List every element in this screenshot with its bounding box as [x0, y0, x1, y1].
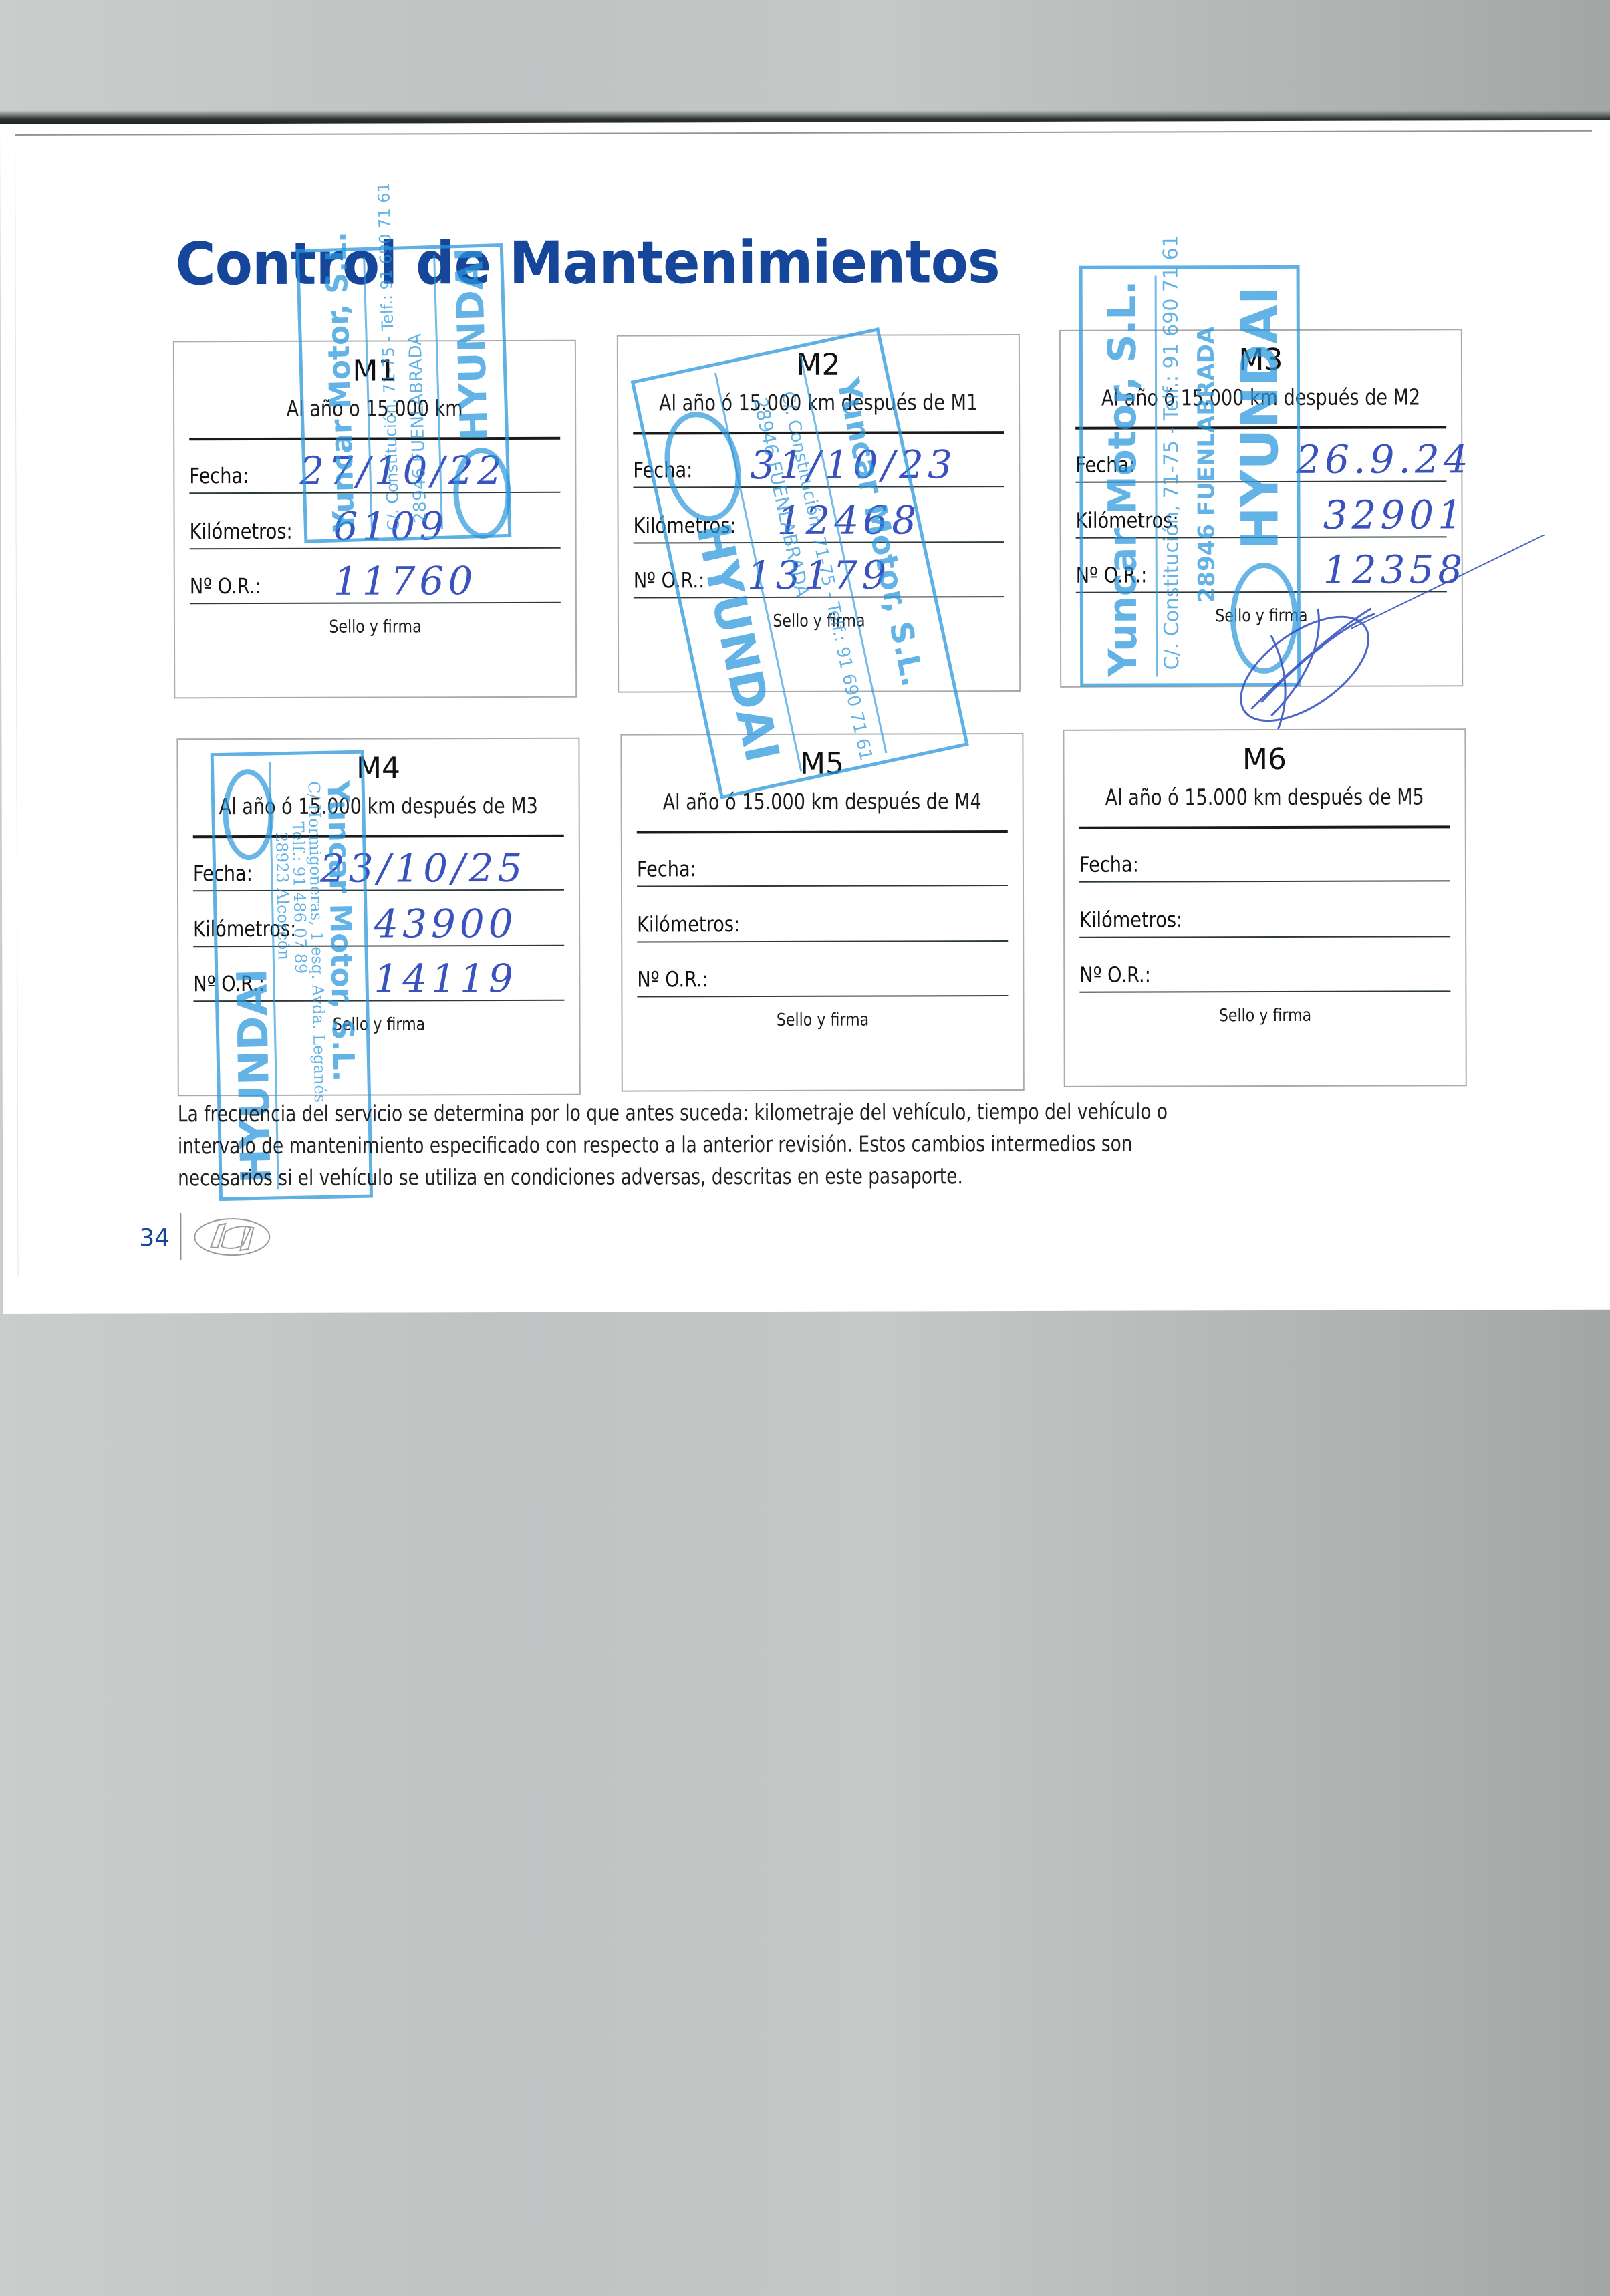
kilometros-label: Kilómetros: [634, 513, 736, 538]
divider [633, 431, 1004, 434]
card-interval: Al año ó 15.000 km después de M4 [658, 788, 986, 815]
maintenance-card-m4: M4 Al año ó 15.000 km después de M3 Fech… [176, 738, 580, 1097]
kilometros-field[interactable]: Kilómetros: 12468 [633, 494, 1004, 543]
or-field[interactable]: Nº O.R.: 14119 [193, 953, 564, 1002]
sello-firma-label: Sello y firma [652, 1010, 992, 1030]
kilometros-label: Kilómetros: [193, 916, 296, 942]
card-interval: Al año ó 15.000 km después de M3 [215, 793, 543, 819]
kilometros-field[interactable]: Kilómetros: 32901 [1075, 489, 1446, 538]
card-code: M5 [622, 746, 1022, 782]
or-field[interactable]: Nº O.R.: 11760 [190, 555, 561, 604]
hyundai-logo-icon [192, 1217, 272, 1257]
fecha-label: Fecha: [1079, 852, 1139, 877]
fecha-field[interactable]: Fecha: 31/10/23 [633, 439, 1004, 488]
or-label: Nº O.R.: [190, 573, 261, 599]
card-code: M4 [178, 751, 578, 786]
kilometros-field[interactable]: Kilómetros: 6109 [189, 500, 560, 549]
or-label: Nº O.R.: [1079, 962, 1151, 987]
kilometros-value: 43900 [374, 901, 517, 947]
maintenance-card-m2: M2 Al año ó 15.000 km después de M1 Fech… [617, 334, 1021, 693]
card-code: M1 [174, 353, 575, 389]
fecha-label: Fecha: [1075, 452, 1135, 478]
kilometros-value: 6109 [333, 503, 448, 549]
maintenance-card-m3: M3 Al año ó 15.000 km después de M2 Fech… [1059, 329, 1463, 688]
kilometros-value: 32901 [1323, 492, 1466, 538]
fecha-field[interactable]: Fecha: 26.9.24 [1075, 434, 1446, 482]
sello-firma-label: Sello y firma [1095, 1005, 1435, 1026]
service-frequency-note: La frecuencia del servicio se determina … [178, 1095, 1194, 1194]
divider [1079, 825, 1450, 829]
footer-divider [180, 1213, 181, 1260]
or-field[interactable]: Nº O.R.: [1079, 944, 1450, 992]
kilometros-field[interactable]: Kilómetros: [637, 893, 1008, 942]
kilometros-label: Kilómetros: [1076, 507, 1179, 533]
or-value: 11760 [333, 558, 477, 604]
kilometros-label: Kilómetros: [1079, 907, 1182, 932]
fecha-label: Fecha: [637, 856, 696, 881]
kilometros-field[interactable]: Kilómetros: [1079, 889, 1450, 938]
maintenance-card-m1: M1 Al año o 15.000 km Fecha: 27/10/22 Ki… [173, 340, 577, 699]
fecha-field[interactable]: Fecha: [1079, 833, 1450, 882]
kilometros-label: Kilómetros: [190, 519, 293, 544]
card-interval: Al año ó 15.000 km después de M2 [1097, 384, 1425, 410]
fecha-value: 26.9.24 [1296, 436, 1472, 482]
kilometros-value: 12468 [777, 497, 920, 543]
or-field[interactable]: Nº O.R.: [637, 948, 1008, 997]
or-value: 14119 [374, 956, 517, 1002]
fecha-field[interactable]: Fecha: 27/10/22 [189, 445, 560, 494]
fecha-value: 27/10/22 [299, 448, 506, 494]
sello-firma-label: Sello y firma [209, 1014, 549, 1035]
fecha-field[interactable]: Fecha: [637, 838, 1008, 887]
divider [637, 830, 1008, 833]
or-label: Nº O.R.: [193, 971, 265, 996]
card-interval: Al año ó 15.000 km después de M1 [654, 389, 982, 416]
or-label: Nº O.R.: [637, 966, 708, 992]
page-edge-left [15, 134, 18, 1277]
or-value: 12358 [1323, 547, 1467, 593]
page-number: 34 [139, 1224, 170, 1252]
kilometros-field[interactable]: Kilómetros: 43900 [193, 898, 564, 947]
sello-firma-label: Sello y firma [205, 617, 545, 637]
divider [189, 437, 560, 440]
fecha-value: 31/10/23 [750, 442, 956, 488]
page-edge [15, 130, 1592, 136]
divider [1075, 426, 1446, 429]
fecha-label: Fecha: [193, 861, 253, 886]
or-label: Nº O.R.: [634, 567, 705, 593]
maintenance-card-m6: M6 Al año ó 15.000 km después de M5 Fech… [1063, 728, 1466, 1087]
card-interval: Al año ó 15.000 km después de M5 [1101, 783, 1429, 810]
fecha-label: Fecha: [633, 457, 692, 482]
or-value: 13179 [747, 553, 891, 599]
card-interval: Al año o 15.000 km [211, 395, 539, 422]
maintenance-card-m5: M5 Al año ó 15.000 km después de M4 Fech… [620, 733, 1024, 1092]
divider [193, 835, 564, 838]
fecha-label: Fecha: [189, 463, 249, 488]
card-code: M3 [1061, 342, 1461, 378]
document-page: Control de Mantenimientos M1 Al año o 15… [0, 120, 1610, 1314]
or-field[interactable]: Nº O.R.: 12358 [1076, 544, 1447, 593]
fecha-field[interactable]: Fecha: 23/10/25 [193, 843, 564, 891]
or-label: Nº O.R.: [1076, 563, 1148, 588]
kilometros-label: Kilómetros: [637, 911, 740, 937]
sello-firma-label: Sello y firma [1091, 605, 1432, 626]
card-code: M6 [1064, 742, 1464, 777]
or-field[interactable]: Nº O.R.: 13179 [634, 549, 1004, 598]
page-title: Control de Mantenimientos [175, 227, 999, 298]
card-code: M2 [618, 347, 1019, 383]
sello-firma-label: Sello y firma [649, 611, 989, 631]
fecha-value: 23/10/25 [320, 845, 527, 891]
